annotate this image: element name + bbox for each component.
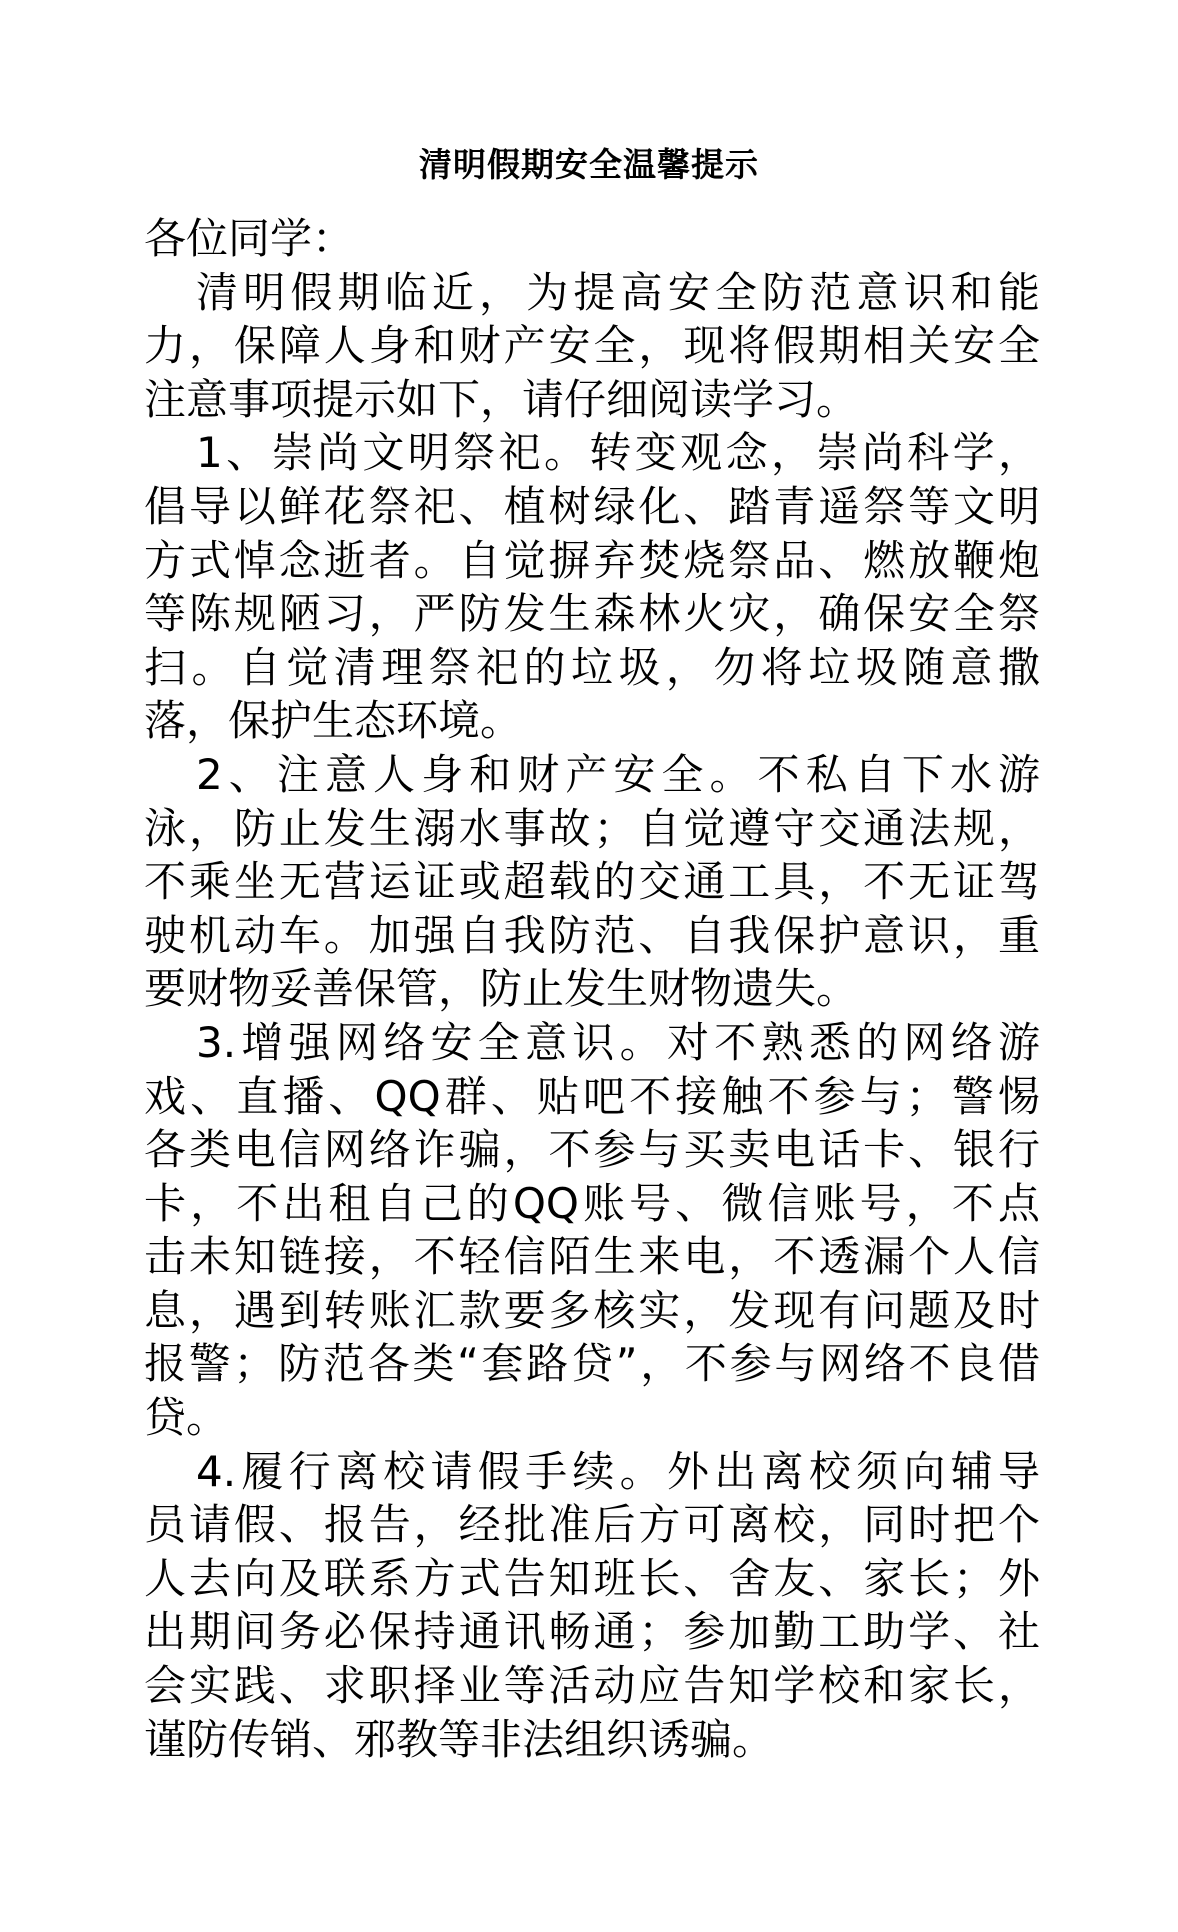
paragraph-item-4: 4.履行离校请假手续。外出离校须向辅导 员请假、报告，经批准后方可离校，同时把个…: [144, 1445, 1040, 1767]
text-line: 方式悼念逝者。自觉摒弃焚烧祭品、燃放鞭炮: [144, 534, 1040, 588]
text-line: 报警；防范各类“套路贷”，不参与网络不良借: [144, 1337, 1040, 1391]
document-page: 清明假期安全温馨提示 各位同学： 清明假期临近，为提高安全防范意识和能 力，保障…: [0, 0, 1178, 1932]
text-line: 谨防传销、邪教等非法组织诱骗。: [144, 1713, 1040, 1767]
greeting: 各位同学：: [144, 212, 1040, 266]
text-line: 各类电信网络诈骗，不参与买卖电话卡、银行: [144, 1123, 1040, 1177]
text-line: 落，保护生态环境。: [144, 694, 1040, 748]
paragraph-item-1: 1、崇尚文明祭祀。转变观念，崇尚科学， 倡导以鲜花祭祀、植树绿化、踏青遥祭等文明…: [144, 426, 1040, 748]
text-line: 泳，防止发生溺水事故；自觉遵守交通法规，: [144, 802, 1040, 856]
text-line: 击未知链接，不轻信陌生来电，不透漏个人信: [144, 1230, 1040, 1284]
text-line: 3.增强网络安全意识。对不熟悉的网络游: [144, 1016, 1040, 1070]
document-body: 各位同学： 清明假期临近，为提高安全防范意识和能 力，保障人身和财产安全，现将假…: [144, 212, 1040, 1766]
text-line: 卡，不出租自己的QQ账号、微信账号，不点: [144, 1177, 1040, 1231]
text-line: 力，保障人身和财产安全，现将假期相关安全: [144, 319, 1040, 373]
text-line: 息，遇到转账汇款要多核实，发现有问题及时: [144, 1284, 1040, 1338]
paragraph-item-2: 2、注意人身和财产安全。不私自下水游 泳，防止发生溺水事故；自觉遵守交通法规， …: [144, 748, 1040, 1016]
text-line: 倡导以鲜花祭祀、植树绿化、踏青遥祭等文明: [144, 480, 1040, 534]
text-line: 员请假、报告，经批准后方可离校，同时把个: [144, 1498, 1040, 1552]
paragraph-item-3: 3.增强网络安全意识。对不熟悉的网络游 戏、直播、QQ群、贴吧不接触不参与；警惕…: [144, 1016, 1040, 1445]
text-line: 等陈规陋习，严防发生森林火灾，确保安全祭: [144, 587, 1040, 641]
text-line: 扫。自觉清理祭祀的垃圾，勿将垃圾随意撒: [144, 641, 1040, 695]
text-line: 出期间务必保持通讯畅通；参加勤工助学、社: [144, 1605, 1040, 1659]
text-line: 要财物妥善保管，防止发生财物遗失。: [144, 962, 1040, 1016]
text-line: 不乘坐无营运证或超载的交通工具，不无证驾: [144, 855, 1040, 909]
text-line: 注意事项提示如下，请仔细阅读学习。: [144, 373, 1040, 427]
text-line: 1、崇尚文明祭祀。转变观念，崇尚科学，: [144, 426, 1040, 480]
document-title: 清明假期安全温馨提示: [0, 138, 1178, 192]
paragraph-intro: 清明假期临近，为提高安全防范意识和能 力，保障人身和财产安全，现将假期相关安全 …: [144, 266, 1040, 427]
text-line: 贷。: [144, 1391, 1040, 1445]
text-line: 4.履行离校请假手续。外出离校须向辅导: [144, 1445, 1040, 1499]
text-line: 会实践、求职择业等活动应告知学校和家长，: [144, 1659, 1040, 1713]
text-line: 清明假期临近，为提高安全防范意识和能: [144, 266, 1040, 320]
text-line: 戏、直播、QQ群、贴吧不接触不参与；警惕: [144, 1070, 1040, 1124]
text-line: 驶机动车。加强自我防范、自我保护意识，重: [144, 909, 1040, 963]
text-line: 2、注意人身和财产安全。不私自下水游: [144, 748, 1040, 802]
text-line: 人去向及联系方式告知班长、舍友、家长；外: [144, 1552, 1040, 1606]
